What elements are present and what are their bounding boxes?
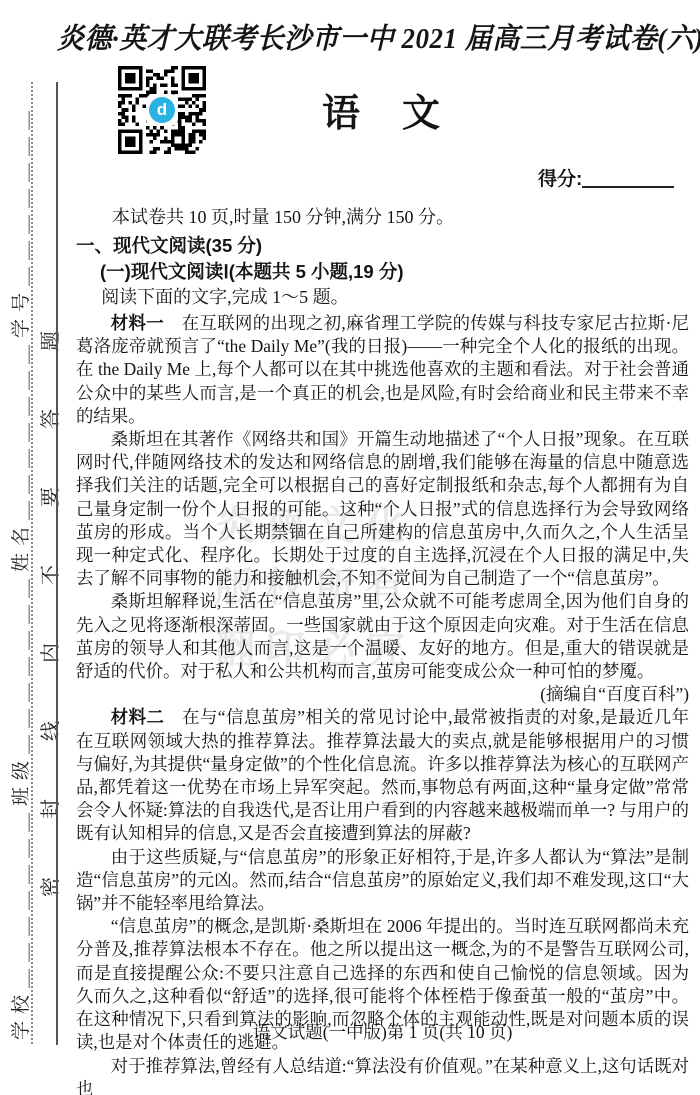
seal-fold-dotted-line [31,82,33,1044]
seal-border-line [56,82,58,1045]
passage-paragraph: 桑斯坦在其著作《网络共和国》开篇生动地描述了“个人日报”现象。在互联网时代,伴随… [76,428,689,590]
passage-paragraph: 材料一 在互联网的出现之初,麻省理工学院的传媒与科技专家尼古拉斯·尼葛洛庞帝就预… [76,312,689,428]
passage-paragraph: 桑斯坦解释说,生活在“信息茧房”里,公众就不可能考虑周全,因为他们自身的先入之见… [76,590,689,683]
reading-passage: 材料一 在互联网的出现之初,麻省理工学院的传媒与科技专家尼古拉斯·尼葛洛庞帝就预… [76,312,689,1095]
score-label: 得分: [538,169,582,190]
main-content: 本试卷共 10 页,时量 150 分钟,满分 150 分。 一、现代文阅读(35… [76,205,689,1095]
student-info-fields: 学校＿＿＿＿＿＿＿班级＿＿＿＿＿＿＿姓名＿＿＿＿＿＿＿学号＿＿＿＿＿＿＿ [6,104,33,1040]
passage-paragraph: 材料二 在与“信息茧房”相关的常见讨论中,最常被指责的对象,是最近几年在互联网领… [76,706,689,845]
material-label: 材料一 [111,313,164,333]
seal-line-text: 密封线内不要答题 [34,273,63,897]
passage-paragraph: (摘编自“百度百科”) [76,683,689,706]
reading-instruction: 阅读下面的文字,完成 1～5 题。 [76,285,689,310]
subsection-heading: (一)现代文阅读Ⅰ(本题共 5 小题,19 分) [76,259,689,285]
score-blank-line [582,168,674,188]
exam-page: { "header": { "series_title": "炎德·英才大联考长… [0,0,700,1095]
score-field: 得分: [538,164,674,191]
page-footer: 语文试题(一中版)第 1 页(共 10 页) [76,1019,689,1044]
section-heading: 一、现代文阅读(35 分) [76,233,689,259]
exam-series-title: 炎德·英才大联考长沙市一中 2021 届高三月考试卷(六) [57,15,697,56]
passage-paragraph: 对于推荐算法,曾经有人总结道:“算法没有价值观。”在某种意义上,这句话既对也 [76,1055,689,1095]
material-label: 材料二 [111,707,165,727]
subject-title: 语 文 [76,82,688,137]
passage-paragraph: 由于这些质疑,与“信息茧房”的形象正好相符,于是,许多人都认为“算法”是制造“信… [76,846,689,916]
exam-intro-line: 本试卷共 10 页,时量 150 分钟,满分 150 分。 [76,205,689,230]
